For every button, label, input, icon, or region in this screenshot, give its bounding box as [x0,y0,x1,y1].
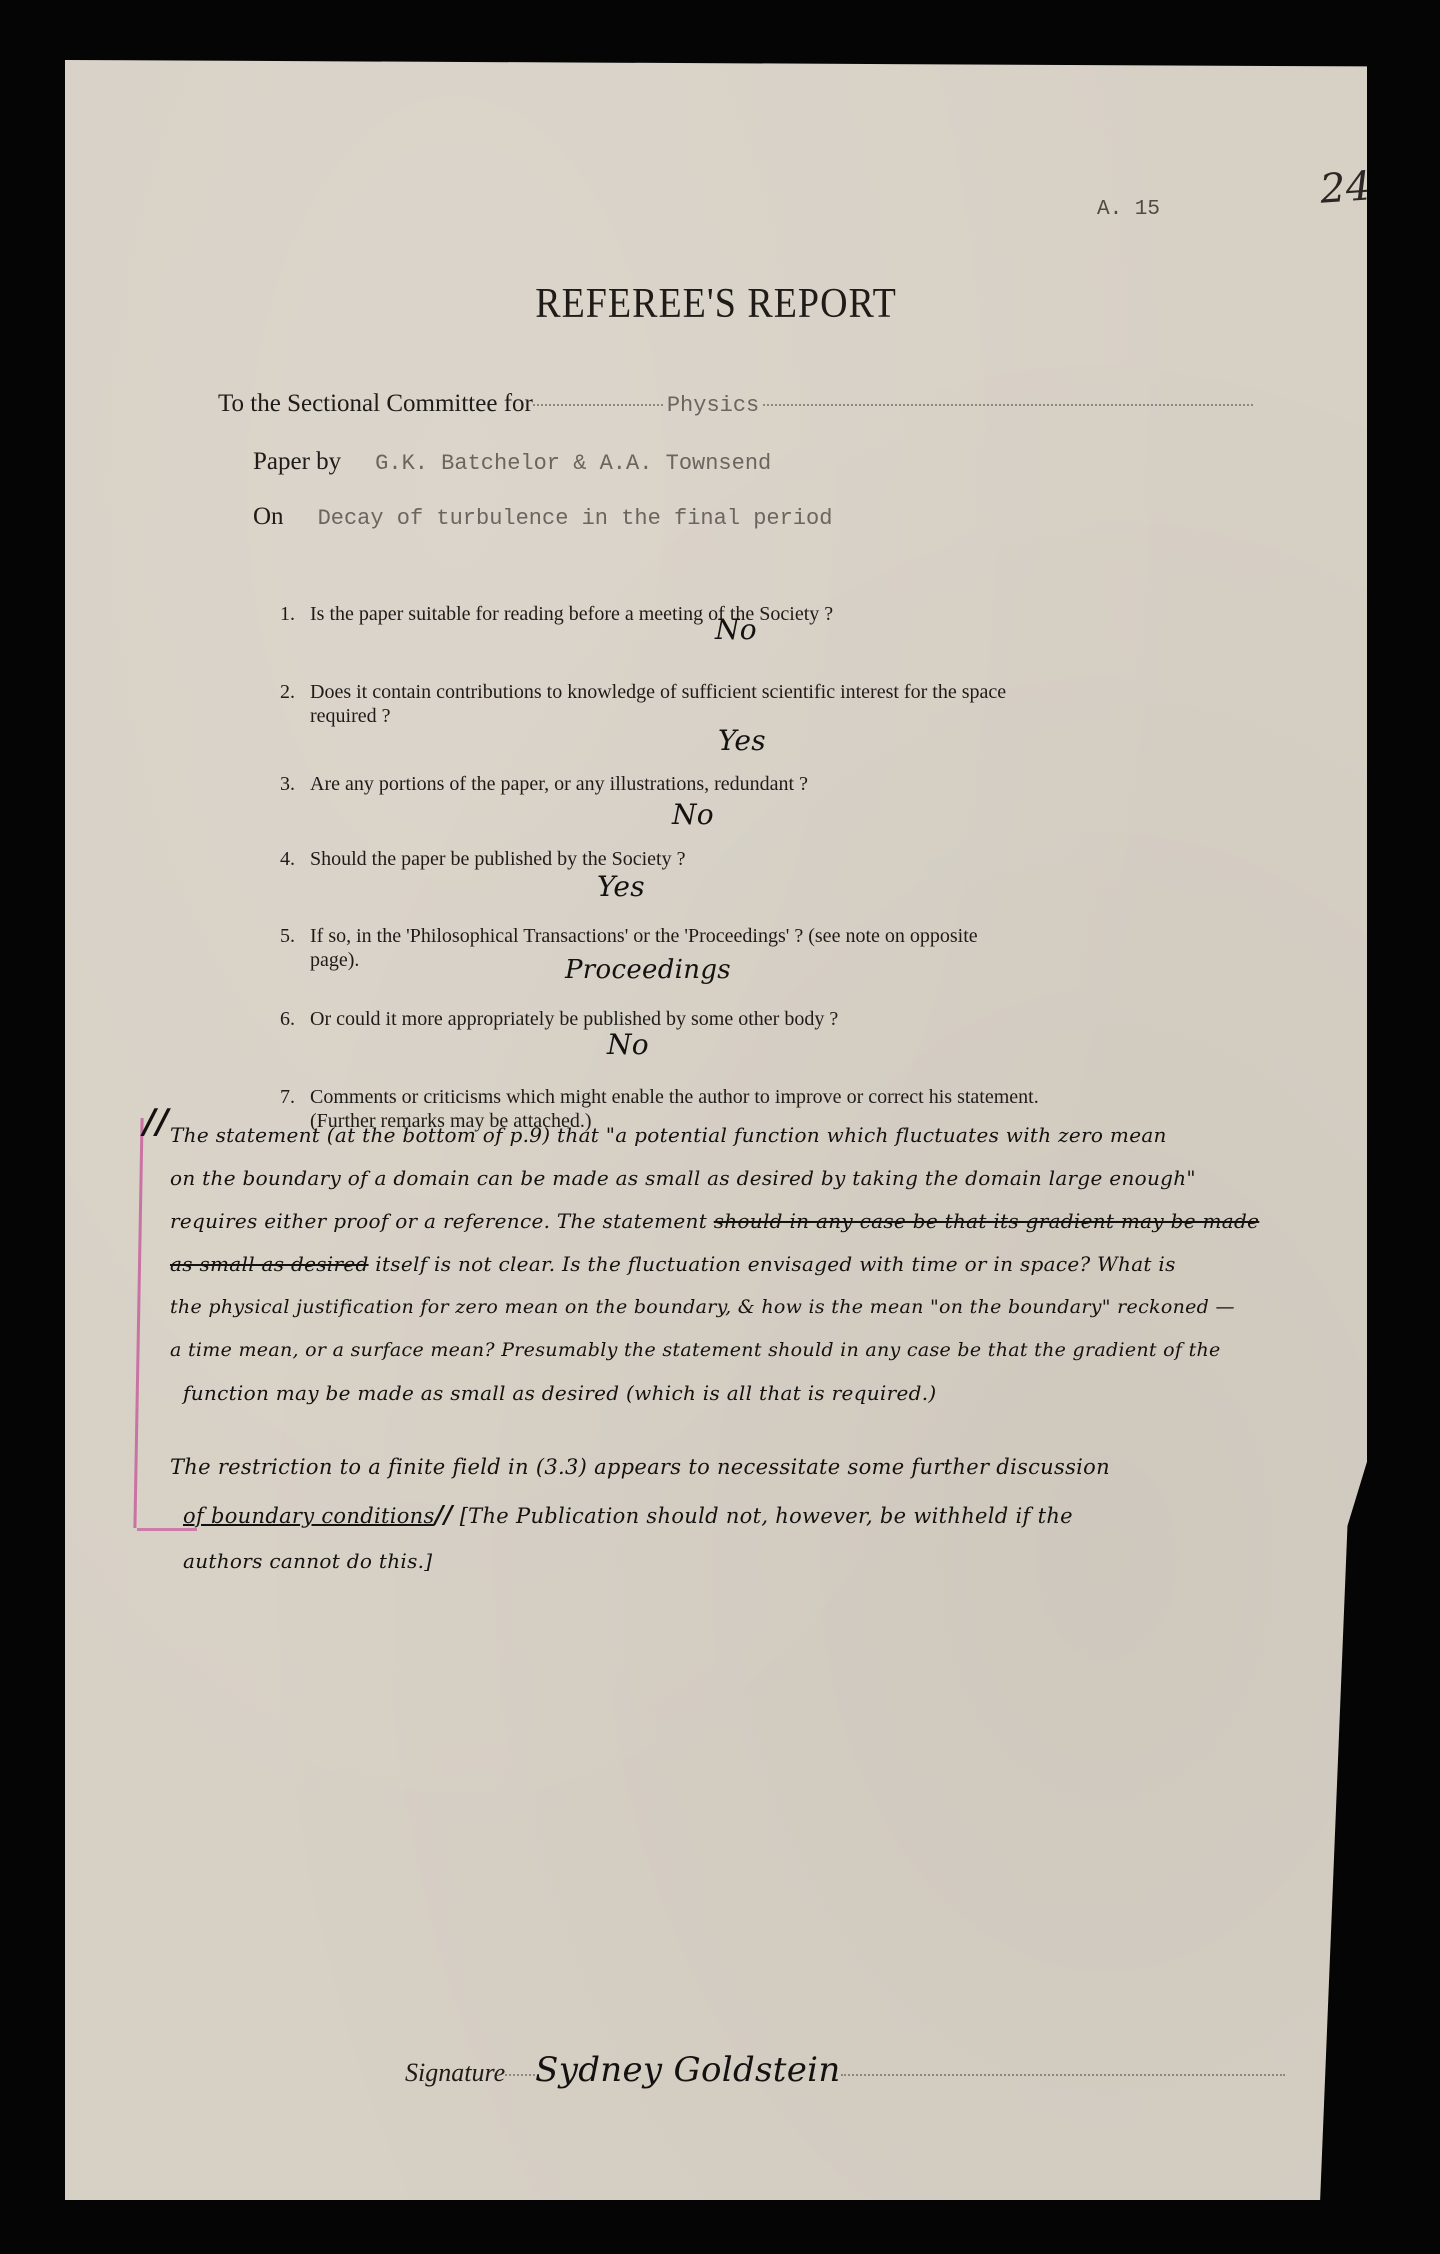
paper-on-field: On Decay of turbulence in the final peri… [253,503,832,531]
double-slash-marker: // [143,1102,168,1142]
on-value: Decay of turbulence in the final period [318,506,833,531]
folio-number: 24 [1318,163,1373,212]
underlined-text: of boundary conditions [183,1504,435,1528]
answer-1: No [715,613,757,646]
question-6: 6.Or could it more appropriately be publ… [280,1007,1160,1031]
comment-line-4: as small as desired itself is not clear.… [170,1249,1176,1279]
question-4: 4.Should the paper be published by the S… [280,847,1160,871]
question-text: Does it contain contributions to knowled… [310,681,1006,703]
comment-line-3: requires either proof or a reference. Th… [170,1206,1259,1236]
comment-line-1: The statement (at the bottom of p.9) tha… [170,1120,1167,1150]
dotted-line [841,2073,1285,2076]
answer-2: Yes [718,724,766,757]
comment-p2-line-1: The restriction to a finite field in (3.… [170,1452,1110,1482]
dotted-line [505,2073,535,2076]
answer-6: No [607,1028,649,1061]
comment-p2-line-3: authors cannot do this.] [183,1546,432,1576]
question-2: 2.Does it contain contributions to knowl… [280,680,1160,728]
struck-text: as small as desired [170,1252,369,1276]
double-slash-marker: // [435,1500,453,1529]
paper-by-value: G.K. Batchelor & A.A. Townsend [375,451,771,476]
comment-line-7: function may be made as small as desired… [183,1378,936,1408]
committee-label: To the Sectional Committee for [218,390,533,418]
comment-line-2: on the boundary of a domain can be made … [170,1163,1196,1193]
on-label: On [253,503,284,531]
committee-field: To the Sectional Committee for Physics [218,390,1253,418]
answer-4: Yes [597,870,645,903]
committee-value: Physics [667,393,759,418]
question-text: Comments or criticisms which might enabl… [310,1086,1039,1108]
question-text: Or could it more appropriately be publis… [310,1008,838,1030]
referee-report-page: A. 15 24 REFEREE'S REPORT To the Section… [65,60,1367,2200]
comment-p2-line-2: of boundary conditions// [The Publicatio… [183,1500,1073,1531]
signature-value: Sydney Goldstein [535,2050,840,2090]
paper-by-field: Paper by G.K. Batchelor & A.A. Townsend [253,448,771,476]
reference-code: A. 15 [1097,198,1160,221]
question-text: If so, in the 'Philosophical Transaction… [310,925,978,947]
answer-5: Proceedings [565,955,731,985]
question-text: Are any portions of the paper, or any il… [310,773,808,795]
comment-line-6: a time mean, or a surface mean? Presumab… [170,1335,1221,1365]
signature-field: Signature Sydney Goldstein [405,2050,1285,2090]
signature-label: Signature [405,2058,505,2088]
question-3: 3.Are any portions of the paper, or any … [280,772,1160,796]
comment-line-5: the physical justification for zero mean… [170,1292,1235,1322]
struck-text: should in any case be that its gradient … [714,1209,1260,1233]
dotted-line [763,403,1253,406]
pink-margin-line [133,1118,143,1528]
dotted-line [533,403,663,406]
page-title: REFEREE'S REPORT [65,280,1367,328]
answer-3: No [672,798,714,831]
question-text: Should the paper be published by the Soc… [310,848,685,870]
paper-by-label: Paper by [253,448,341,476]
